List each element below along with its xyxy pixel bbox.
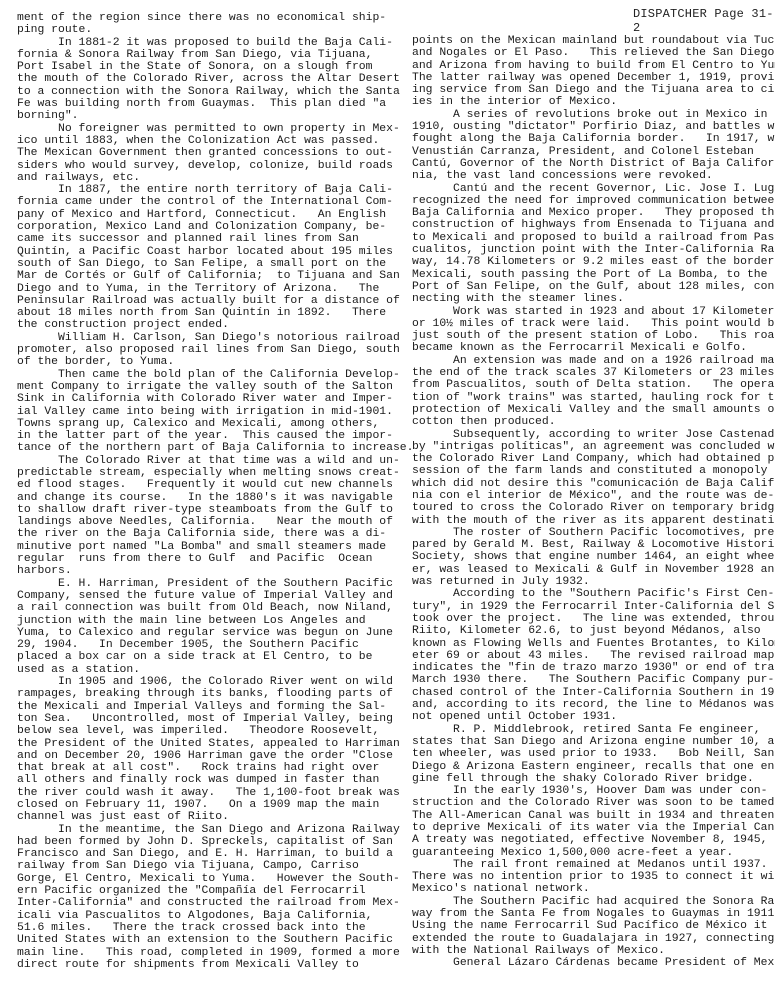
text-line: ment of the region since there was no ec… <box>17 12 377 24</box>
text-line: Society, shows that engine number 1464, … <box>412 551 772 563</box>
text-line: way, 14.78 Kilometers or 9.2 miles east … <box>412 256 772 268</box>
text-line: The rail front remained at Medanos until… <box>412 859 772 871</box>
text-line: predictable stream, especially when melt… <box>17 467 377 479</box>
text-line: ment Company to irrigate the valley sout… <box>17 381 377 393</box>
text-line: ern Pacific organized the "Compañía del … <box>17 885 377 897</box>
text-line: harbors. <box>17 565 377 577</box>
text-line: E. H. Harriman, President of the Souther… <box>17 578 377 590</box>
text-line: In 1905 and 1906, the Colorado River wen… <box>17 676 377 688</box>
text-line: not opened until October 1931. <box>412 711 772 723</box>
text-line: from Pascualitos, south of Delta station… <box>412 379 772 391</box>
text-line: in the latter part of the year. This cau… <box>17 430 377 442</box>
text-line: the construction project ended. <box>17 319 377 331</box>
text-line: eter 69 or about 43 miles. The revised r… <box>412 650 772 662</box>
text-line: channel was just east of Riito. <box>17 811 377 823</box>
text-line: and, according to its record, the line t… <box>412 699 772 711</box>
text-line: The Colorado River at that time was a wi… <box>17 455 377 467</box>
text-line: had been formed by John D. Spreckels, ca… <box>17 836 377 848</box>
text-line: fornia came under the control of the Int… <box>17 196 377 208</box>
text-line: Baja California and Mexico proper. They … <box>412 207 772 219</box>
text-line: cotton then produced. <box>412 416 772 428</box>
text-line: In the meantime, the San Diego and Arizo… <box>17 824 377 836</box>
text-line: direct route for shipments from Mexicali… <box>17 959 377 971</box>
text-line: extended the route to Guadalajara in 192… <box>412 933 772 945</box>
text-line: and Arizona from having to build from El… <box>412 60 772 72</box>
text-line: came its successor and planned rail line… <box>17 233 377 245</box>
text-line: ed flood stages. Frequently it would cut… <box>17 479 377 491</box>
text-line: that break at all cost". Rock trains had… <box>17 762 377 774</box>
text-line: In 1881-2 it was proposed to build the B… <box>17 37 377 49</box>
text-line: rampages, breaking through its banks, fl… <box>17 688 377 700</box>
text-line: gine fell through the shaky Colorado Riv… <box>412 773 772 785</box>
text-line: ing service from San Diego and the Tijua… <box>412 84 772 96</box>
text-line: necting with the steamer lines. <box>412 293 772 305</box>
text-line: promoter, also proposed rail lines from … <box>17 344 377 356</box>
text-line: tance of the northern part of Baja Calif… <box>17 442 377 454</box>
text-line: of the border, to Yuma. <box>17 356 377 368</box>
right-column: points on the Mexican mainland but round… <box>412 35 772 970</box>
text-line: just south of the present station of Lob… <box>412 330 772 342</box>
text-line: to Mexicali and proposed to build a rail… <box>412 232 772 244</box>
text-line: construction of highways from Ensenada t… <box>412 219 772 231</box>
text-line: railway from San Diego via Tijuana, Camp… <box>17 860 377 872</box>
text-line: session of the farm lands and constitute… <box>412 465 772 477</box>
text-line: a rail connection was built from Old Bea… <box>17 602 377 614</box>
text-line: or 10½ miles of track were laid. This po… <box>412 318 772 330</box>
text-line: United States with an extension to the S… <box>17 934 377 946</box>
text-line: cualitos, junction point with the Inter-… <box>412 244 772 256</box>
text-line: R. P. Middlebrook, retired Santa Fe engi… <box>412 724 772 736</box>
page-header: DISPATCHER Page 31-2 <box>633 7 775 35</box>
text-line: minutive port named "La Bomba" and small… <box>17 541 377 553</box>
text-line: General Lázaro Cárdenas became President… <box>412 957 772 969</box>
text-line: 51.6 miles. There the track crossed back… <box>17 922 377 934</box>
text-line: to a connection with the Sonora Railway,… <box>17 86 377 98</box>
text-line: Cantú, Governor of the North District of… <box>412 158 772 170</box>
text-line: Fe was building north from Guaymas. This… <box>17 98 377 110</box>
text-line: landings above Needles, California. Near… <box>17 516 377 528</box>
text-line: and Nogales or El Paso. This relieved th… <box>412 47 772 59</box>
text-line: pared by Gerald M. Best, Railway & Locom… <box>412 539 772 551</box>
text-line: the Colorado River Land Company, which h… <box>412 453 772 465</box>
text-line: Using the name Ferrocarril Sud Pacífico … <box>412 920 772 932</box>
text-line: Then came the bold plan of the Californi… <box>17 369 377 381</box>
text-line: became known as the Ferrocarril Mexicali… <box>412 342 772 354</box>
text-line: nia, the vast land concessions were revo… <box>412 170 772 182</box>
text-line: tury", in 1929 the Ferrocarril Inter-Cal… <box>412 601 772 613</box>
text-line: recognized the need for improved communi… <box>412 195 772 207</box>
text-line: nia con el interior de México", and the … <box>412 490 772 502</box>
text-line: Venustián Carranza, President, and Colon… <box>412 146 772 158</box>
text-line: points on the Mexican mainland but round… <box>412 35 772 47</box>
text-line: According to the "Southern Pacific's Fir… <box>412 588 772 600</box>
text-line: Inter-California" and constructed the ra… <box>17 897 377 909</box>
text-line: ping route. <box>17 24 377 36</box>
text-line: fought along the Baja California border.… <box>412 133 772 145</box>
text-line: Francisco and San Diego, and E. H. Harri… <box>17 848 377 860</box>
text-line: No foreigner was permitted to own proper… <box>17 123 377 135</box>
text-line: Mar de Cortés or Gulf of California; to … <box>17 270 377 282</box>
text-line: with the mouth of the river as its appar… <box>412 515 772 527</box>
text-line: Mexico's national network. <box>412 883 772 895</box>
text-line: pany of Mexico and Hartford, Connecticut… <box>17 209 377 221</box>
text-line: Gorge, El Centro, Mexicali to Yuma. Howe… <box>17 873 377 885</box>
text-line: ten wheeler, was used prior to 1933. Bob… <box>412 748 772 760</box>
text-line: March 1930 there. The Southern Pacific C… <box>412 674 772 686</box>
text-line: about 18 miles north from San Quintín in… <box>17 307 377 319</box>
text-line: ial Valley came into being with irrigati… <box>17 406 377 418</box>
text-line: Riito, Kilometer 62.6, to just beyond Mé… <box>412 625 772 637</box>
text-line: A series of revolutions broke out in Mex… <box>412 109 772 121</box>
text-line: The Southern Pacific had acquired the So… <box>412 896 772 908</box>
text-line: There was no intention prior to 1935 to … <box>412 871 772 883</box>
text-line: corporation, Mexico Land and Colonizatio… <box>17 221 377 233</box>
text-line: chased control of the Inter-California S… <box>412 687 772 699</box>
text-line: the end of the track scales 37 Kilometer… <box>412 367 772 379</box>
text-line: indicates the "fin de trazo marzo 1930" … <box>412 662 772 674</box>
text-line: placed a box car on a side track at El C… <box>17 651 377 663</box>
text-line: known as Flowing Wells and Fuentes Brota… <box>412 638 772 650</box>
text-line: and on December 20, 1906 Harriman gave t… <box>17 750 377 762</box>
text-line: guaranteeing Mexico 1,500,000 acre-feet … <box>412 847 772 859</box>
text-line: 29, 1904. In December 1905, the Southern… <box>17 639 377 651</box>
text-line: Company, sensed the future value of Impe… <box>17 590 377 602</box>
text-line: icali via Pascualitos to Algodones, Baja… <box>17 910 377 922</box>
text-line: the river on the Baja California side, t… <box>17 528 377 540</box>
text-line: In the early 1930's, Hoover Dam was unde… <box>412 785 772 797</box>
text-line: Diego & Arizona Eastern engineer, recall… <box>412 761 772 773</box>
text-line: to deprive Mexicali of its water via the… <box>412 822 772 834</box>
text-line: fornia & Sonora Railway from San Diego, … <box>17 49 377 61</box>
text-line: and change its course. In the 1880's it … <box>17 492 377 504</box>
text-line: the President of the United States, appe… <box>17 738 377 750</box>
text-line: The Mexican Government then granted conc… <box>17 147 377 159</box>
text-line: toured to cross the Colorado River on te… <box>412 502 772 514</box>
text-line: Port Isabel in the State of Sonora, on a… <box>17 61 377 73</box>
text-line: south of San Diego, to San Felipe, a sma… <box>17 258 377 270</box>
text-line: Yuma, to Calexico and regular service wa… <box>17 627 377 639</box>
text-line: Quintín, a Pacific Coast harbor located … <box>17 246 377 258</box>
text-line: and railways, etc. <box>17 172 377 184</box>
text-line: to shallow draft river-type steamboats f… <box>17 504 377 516</box>
text-line: way from the Santa Fe from Nogales to Gu… <box>412 908 772 920</box>
text-line: 1910, ousting "dictator" Porfirio Diaz, … <box>412 121 772 133</box>
text-line: siders who would survey, develop, coloni… <box>17 160 377 172</box>
text-line: main line. This road, completed in 1909,… <box>17 947 377 959</box>
text-line: struction and the Colorado River was soo… <box>412 797 772 809</box>
text-line: below sea level, was imperiled. Theodore… <box>17 725 377 737</box>
text-line: The All-American Canal was built in 1934… <box>412 810 772 822</box>
left-column: ment of the region since there was no ec… <box>17 12 377 971</box>
text-line: states that San Diego and Arizona engine… <box>412 736 772 748</box>
text-line: Work was started in 1923 and about 17 Ki… <box>412 306 772 318</box>
text-line: junction with the main line between Los … <box>17 615 377 627</box>
text-line: Peninsular Railroad was actually built f… <box>17 295 377 307</box>
text-line: the Mexicali and Imperial Valleys and fo… <box>17 701 377 713</box>
text-line: ies in the interior of Mexico. <box>412 96 772 108</box>
text-line: by "intrigas políticas", an agreement wa… <box>412 441 772 453</box>
text-line: Towns sprang up, Calexico and Mexicali, … <box>17 418 377 430</box>
text-line: ico until 1883, when the Colonization Ac… <box>17 135 377 147</box>
text-line: with the National Railways of Mexico. <box>412 945 772 957</box>
text-line: borning". <box>17 110 377 122</box>
text-line: all others and finally rock was dumped i… <box>17 774 377 786</box>
text-line: er, was leased to Mexicali & Gulf in Nov… <box>412 564 772 576</box>
text-line: The roster of Southern Pacific locomotiv… <box>412 527 772 539</box>
text-line: used as a station. <box>17 664 377 676</box>
text-line: ton Sea. Uncontrolled, most of Imperial … <box>17 713 377 725</box>
text-line: the river could wash it away. The 1,100-… <box>17 787 377 799</box>
text-line: regular runs from there to Gulf and Paci… <box>17 553 377 565</box>
text-line: was returned in July 1932. <box>412 576 772 588</box>
text-line: Port of San Felipe, on the Gulf, about 1… <box>412 281 772 293</box>
text-line: Cantú and the recent Governor, Lic. Jose… <box>412 183 772 195</box>
text-line: Diego and to Yuma, in the Territory of A… <box>17 283 377 295</box>
text-line: tion of "work trains" was started, hauli… <box>412 392 772 404</box>
text-line: William H. Carlson, San Diego's notoriou… <box>17 332 377 344</box>
text-line: A treaty was negotiated, effective Novem… <box>412 834 772 846</box>
text-line: The latter railway was opened December 1… <box>412 72 772 84</box>
text-line: An extension was made and on a 1926 rail… <box>412 355 772 367</box>
text-line: In 1887, the entire north territory of B… <box>17 184 377 196</box>
text-line: protection of Mexicali Valley and the sm… <box>412 404 772 416</box>
text-line: the mouth of the Colorado River, across … <box>17 73 377 85</box>
text-line: which did not desire this "comunicación … <box>412 478 772 490</box>
text-line: took over the project. The line was exte… <box>412 613 772 625</box>
text-line: Sink in California with Colorado River w… <box>17 393 377 405</box>
text-line: Mexicali, south passing the Port of La B… <box>412 269 772 281</box>
text-line: closed on February 11, 1907. On a 1909 m… <box>17 799 377 811</box>
text-line: Subsequently, according to writer Jose C… <box>412 429 772 441</box>
